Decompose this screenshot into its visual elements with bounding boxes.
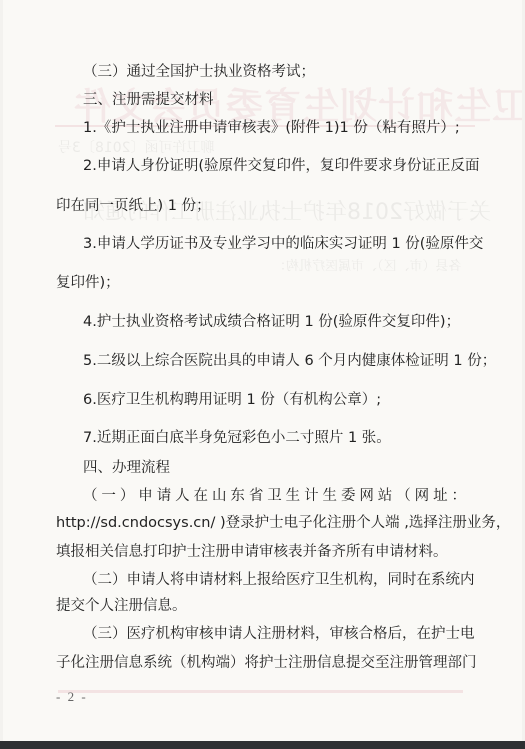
process-step-1-line2: http://sd.cndocsys.cn/ )登录护士电子化注册个人端 ,选择… (56, 514, 466, 532)
document-page: 聊城市卫生和计划生育委员会文件 聊卫许可函〔2018〕3号 关于做好2018年护… (3, 0, 522, 741)
show-through-docnum: 聊卫许可函〔2018〕3号 (58, 137, 215, 157)
section-heading-process: 四、办理流程 (83, 459, 170, 477)
section-heading-materials: 三、注册需提交材料 (83, 91, 214, 109)
material-item-5: 5.二级以上综合医院出具的申请人 6 个月内健康体检证明 1 份； (83, 352, 469, 370)
page-number: - 2 - (56, 689, 88, 705)
show-through-bottom-rule (58, 690, 463, 693)
paragraph-qualification-exam: （三）通过全国护士执业资格考试； (83, 63, 315, 81)
material-item-2-line1: 2.申请人身份证明(验原件交复印件，复印件要求身份证正反面 (83, 157, 466, 175)
process-step-2-line2: 提交个人注册信息。 (56, 597, 187, 615)
material-item-6: 6.医疗卫生机构聘用证明 1 份（有机构公章）; (83, 391, 381, 409)
material-item-4: 4.护士执业资格考试成绩合格证明 1 份(验原件交复印件)； (83, 313, 460, 331)
show-through-recipients: 各县（市、区）、市属医疗机构： (273, 255, 462, 274)
process-step-3-line2: 子化注册信息系统（机构端）将护士注册信息提交至注册管理部门 (56, 654, 466, 672)
process-step-1-line1: （一）申请人在山东省卫生计生委网站（网址： (83, 487, 466, 505)
process-step-3-line1: （三）医疗机构审核申请人注册材料，审核合格后，在护士电 (83, 625, 466, 643)
process-step-2-line1: （二）申请人将申请材料上报给医疗卫生机构，同时在系统内 (83, 571, 466, 589)
material-item-1: 1.《护士执业注册申请审核表》(附件 1)1 份（粘有照片）; (83, 119, 460, 137)
material-item-3-line1: 3.申请人学历证书及专业学习中的临床实习证明 1 份(验原件交 (83, 235, 466, 253)
material-item-7: 7.近期正面白底半身免冠彩色小二寸照片 1 张。 (83, 429, 391, 447)
material-item-2-line2: 印在同一页纸上) 1 份； (56, 197, 211, 215)
material-item-3-line2: 复印件)； (56, 274, 120, 292)
process-step-1-line3: 填报相关信息打印护士注册申请审核表并备齐所有申请材料。 (56, 543, 448, 561)
viewer-bottom-bar (0, 741, 525, 749)
